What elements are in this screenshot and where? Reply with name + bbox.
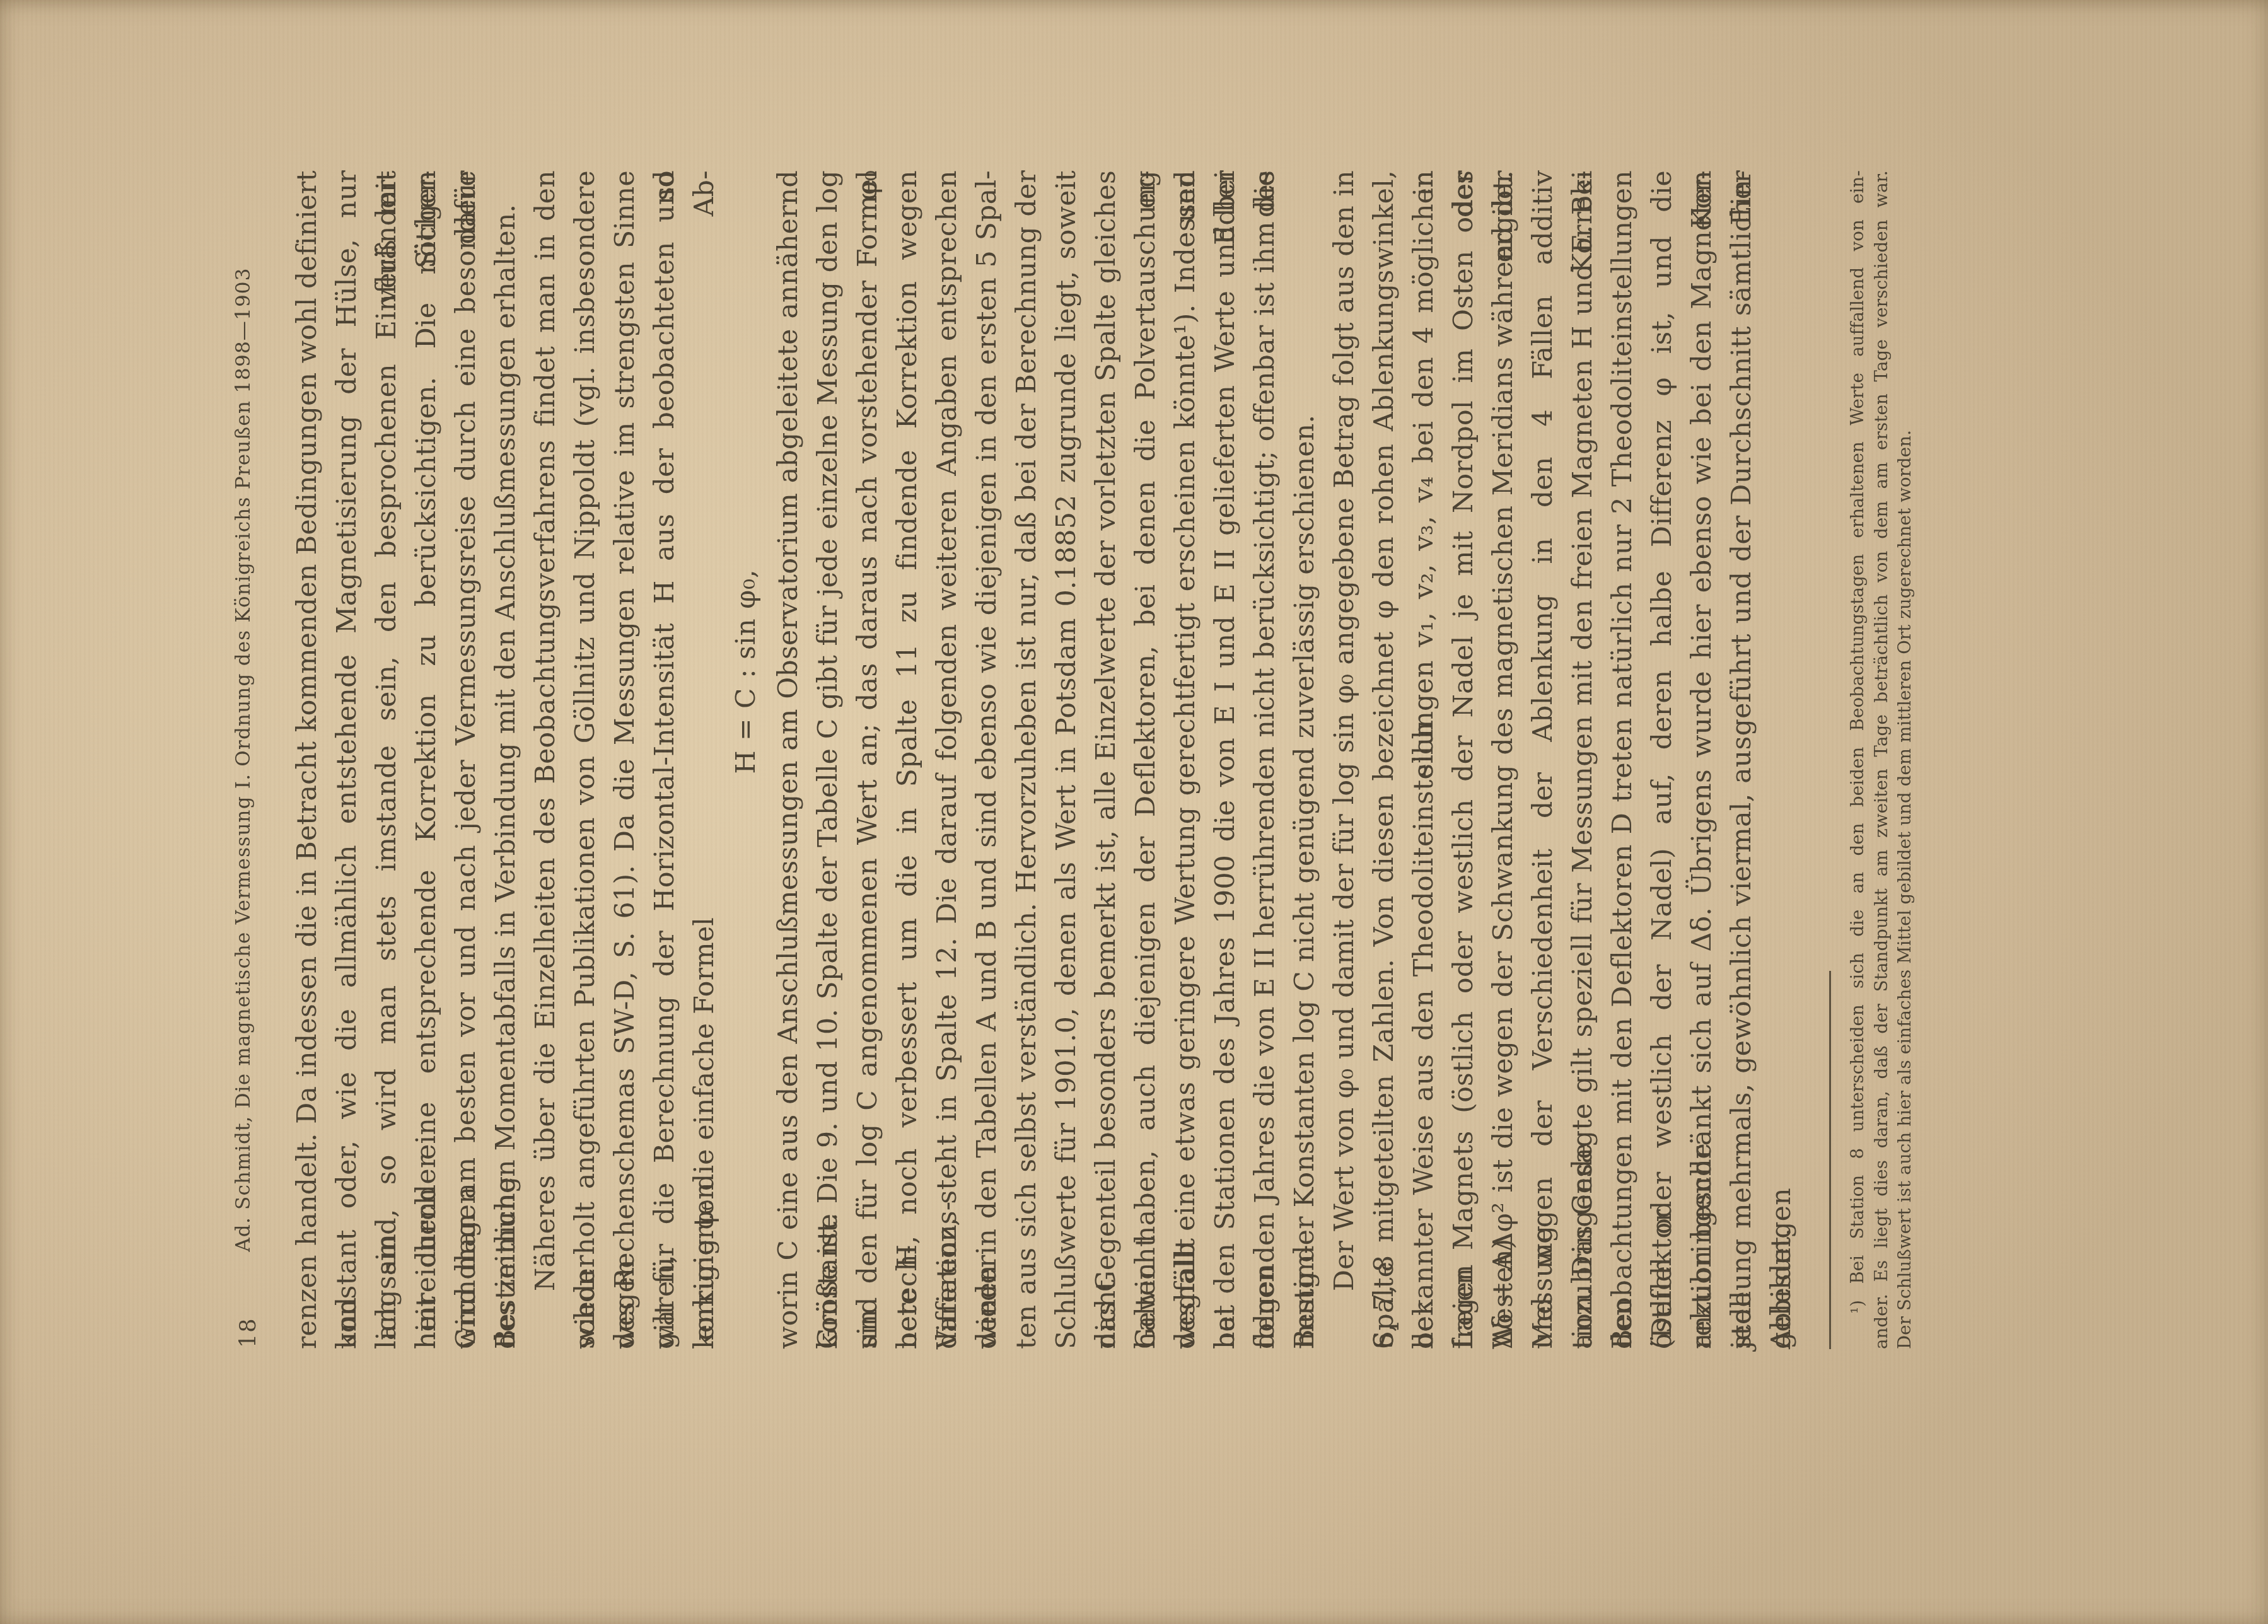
text-line: Schlußwerte für 1901.0, denen als Wert i…	[1047, 170, 1086, 1349]
text-line: 6, 7, 8 mitgeteilten Zahlen. Von diesen …	[1364, 170, 1404, 1349]
text-line: denen in den Tabellen A und B und sind e…	[967, 170, 1007, 1349]
text-line: und den für log C angenommenen Wert an; …	[848, 170, 888, 1349]
text-line: wiederholt angeführten Publikationen von…	[566, 170, 605, 1349]
text-line: differenz, steht in Spalte 12. Die darau…	[928, 170, 967, 1349]
text-line: Der Wert von φ₀ und damit der für log si…	[1325, 170, 1364, 1349]
text-line: heit durch eine entsprechende Korrektion…	[407, 170, 446, 1349]
footnote-line: Der Schlußwert ist auch hier als einfach…	[1893, 170, 1917, 1349]
text-line: folgenden Jahres die von E II herrührend…	[1245, 170, 1285, 1349]
footnote-rule	[1829, 971, 1831, 1349]
text-line: tion. Das Gesagte gilt speziell für Mess…	[1563, 170, 1603, 1349]
text-line: östlich oder westlich der Nadel) auf, de…	[1643, 170, 1682, 1349]
book-page: 18 Ad. Schmidt, Die magnetische Vermessu…	[0, 0, 2268, 1624]
text-line: bei den Stationen des Jahres 1900 die vo…	[1206, 170, 1245, 1349]
scanned-page-canvas: 18 Ad. Schmidt, Die magnetische Vermessu…	[0, 0, 2268, 1624]
text-line: des zeitlichen Momentabfalls in Verbindu…	[486, 170, 526, 1349]
text-line: konstant oder, wie die allmählich entste…	[327, 170, 367, 1349]
text-line: lich sind, so wird man stets imstande se…	[367, 170, 407, 1349]
text-line: nete H, noch verbessert um die in Spalte…	[888, 170, 928, 1349]
text-line: und wegen der Verschiedenheit der Ablenk…	[1523, 170, 1563, 1349]
text-line: wird man am besten vor und nach jeder Ve…	[446, 170, 486, 1349]
text-line: ten aus sich selbst verständlich. Hervor…	[1007, 170, 1047, 1349]
text-line: Beobachtungen mit den Deflektoren D tret…	[1603, 170, 1643, 1349]
text-line: renzen handelt. Da indessen die in Betra…	[288, 170, 327, 1349]
text-line: stellung mehrmals, gewöhnlich viermal, a…	[1722, 170, 1762, 1349]
text-line: halten haben, auch diejenigen der Deflek…	[1126, 170, 1166, 1349]
text-line: das Gegenteil besonders bemerkt ist, all…	[1086, 170, 1126, 1349]
text-line: H = C : sin φ₀,	[724, 170, 769, 1349]
text-line: Näheres über die Einzelheiten des Beobac…	[526, 170, 566, 1349]
footnote-block: ¹) Bei Station 8 unterscheiden sich die …	[1846, 170, 1917, 1349]
text-line: gilt für die Berechnung der Horizontal-I…	[645, 170, 685, 1349]
page-number: 18	[236, 1317, 261, 1348]
footnote-line: ¹) Bei Station 8 unterscheiden sich die …	[1846, 170, 1870, 1349]
footnote-line: ander. Es liegt dies daran, daß der Stan…	[1870, 170, 1894, 1349]
text-line: mung der Konstanten log C nicht genügend…	[1285, 170, 1325, 1349]
text-line: worin C eine aus den Anschlußmessungen a…	[769, 170, 808, 1349]
text-line: rektion beschränkt sich auf Δδ. Übrigens…	[1682, 170, 1722, 1349]
running-header: 18 Ad. Schmidt, Die magnetische Vermessu…	[232, 170, 270, 1349]
text-line: gebildet.	[1762, 170, 1801, 1349]
text-line: des Rechenschemas SW-D, S. 61). Da die M…	[605, 170, 645, 1349]
running-head-title: Ad. Schmidt, Die magnetische Vermessung …	[232, 170, 255, 1349]
body-text-block: renzen handelt. Da indessen die in Betra…	[288, 170, 1801, 1349]
text-line: freien Magnets (östlich oder westlich de…	[1444, 170, 1484, 1349]
text-line: Größe ist. Die 9. und 10. Spalte der Tab…	[808, 170, 848, 1349]
text-line: Δδ − AΔφ² ist die wegen der Schwankung d…	[1484, 170, 1523, 1349]
text-line: bekannter Weise aus den Theodoliteinstel…	[1404, 170, 1444, 1349]
text-line: deshalb eine etwas geringere Wertung ger…	[1166, 170, 1206, 1349]
